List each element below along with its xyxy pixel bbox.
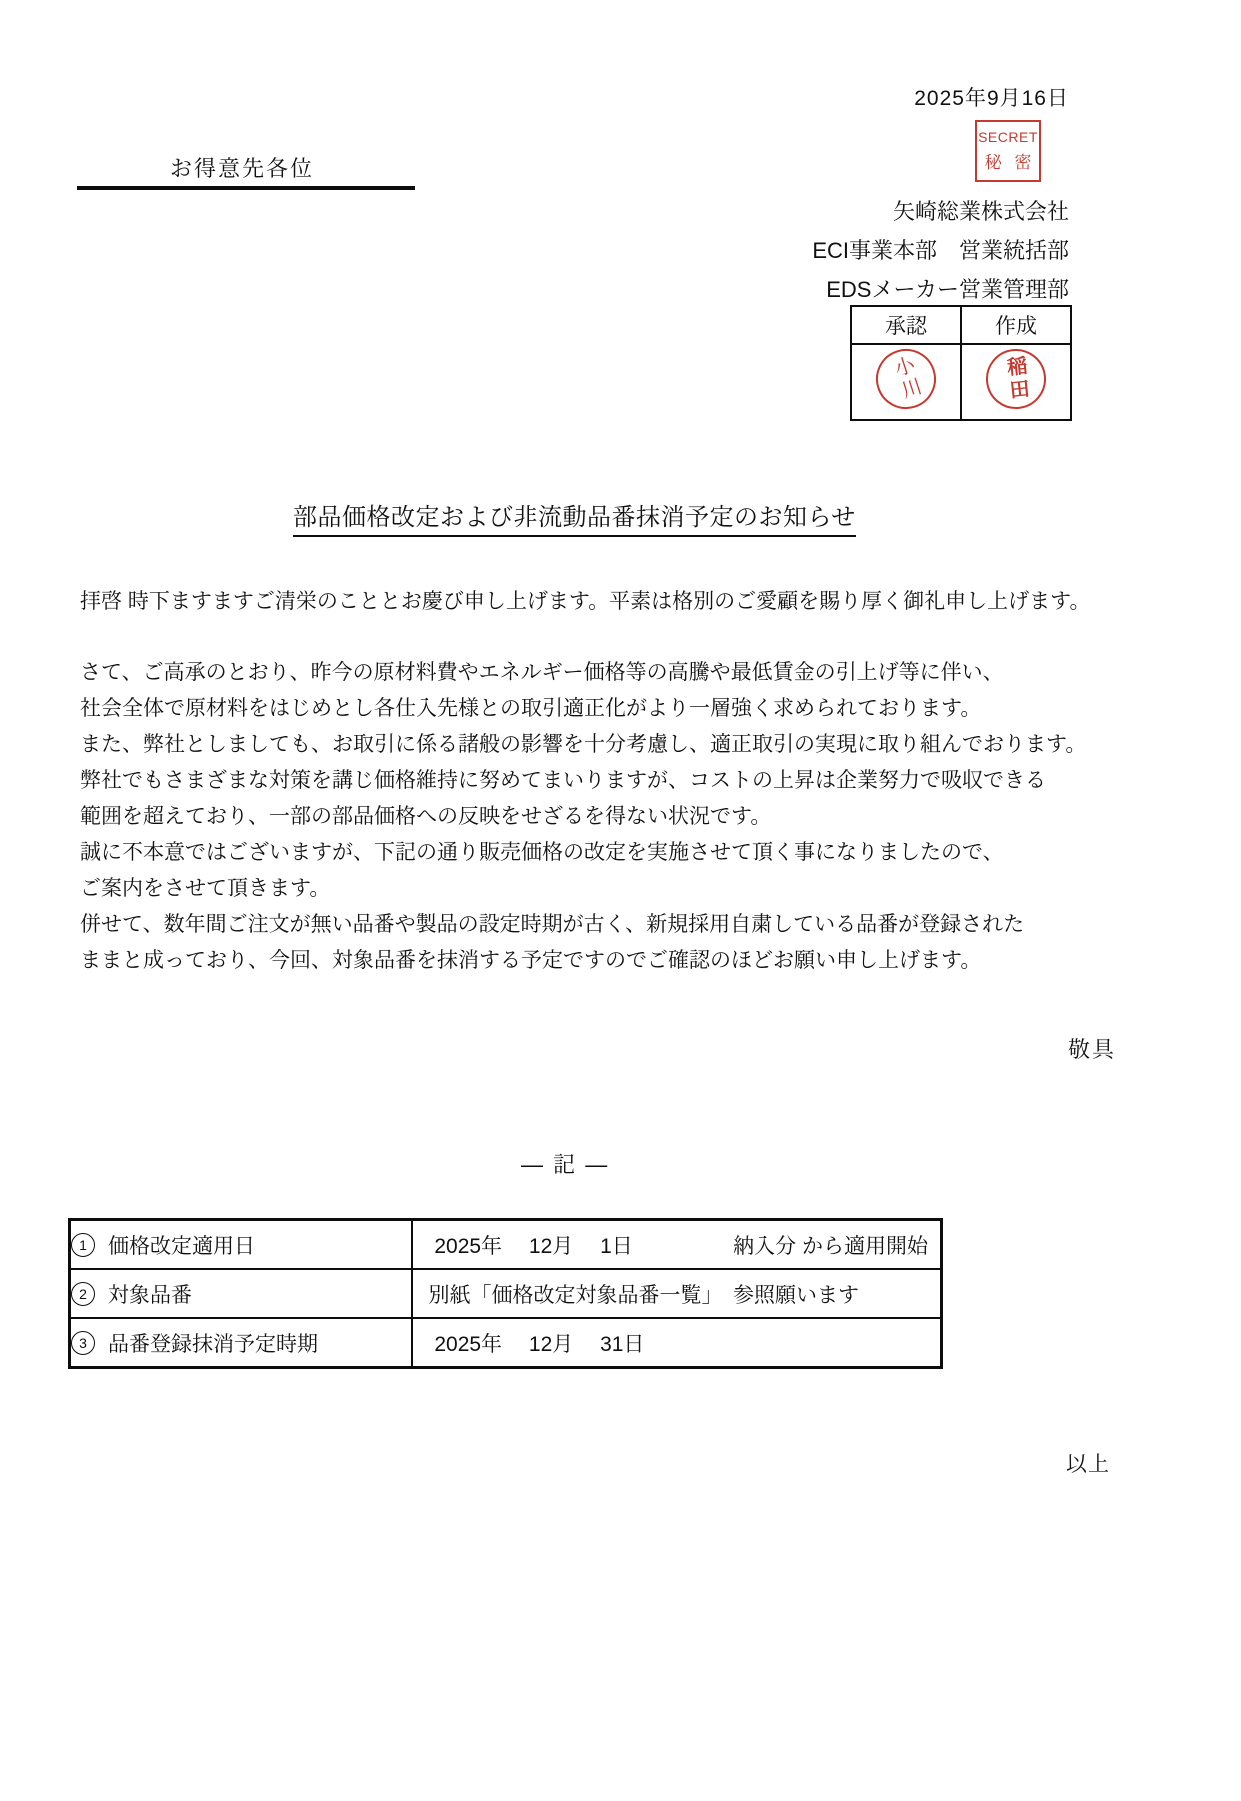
row-value-cell: 2025年 12月 1日 納入分 から適用開始 [412,1220,942,1270]
secret-stamp-japanese-label: 秘 密 [985,148,1036,173]
recipient-line: お得意先各位 [170,152,314,183]
row-value: 別紙「価格改定対象品番一覧」 参照願います [429,1279,860,1309]
table-row-price-revision-date: 1 価格改定適用日 2025年 12月 1日 納入分 から適用開始 [70,1220,942,1270]
body-line: また、弊社としましても、お取引に係る諸般の影響を十分考慮し、適正取引の実現に取り… [80,727,1086,763]
row-label: 品番登録抹消予定時期 [108,1328,318,1358]
sender-division: ECI事業本部 営業統括部 [812,231,1069,270]
circled-number-icon: 2 [71,1282,95,1306]
sender-block: 矢崎総業株式会社 ECI事業本部 営業統括部 EDSメーカー営業管理部 [812,192,1069,309]
circled-number-icon: 1 [71,1233,95,1257]
body-line: 範囲を超えており、一部の部品価格への反映をせざるを得ない状況です。 [80,799,1086,835]
body-line: 誠に不本意ではございますが、下記の通り販売価格の改定を実施させて頂く事になりまし… [80,835,1086,871]
row-value-cell: 2025年 12月 31日 [412,1318,942,1368]
approval-header-cell: 承認 [851,306,961,344]
row-value-note: 納入分 から適用開始 [733,1230,940,1260]
creation-header-cell: 作成 [961,306,1071,344]
body-line: 社会全体で原材料をはじめとし各仕入先様との取引適正化がより一層強く求められており… [80,691,1086,727]
document-page: 2025年9月16日 SECRET 秘 密 お得意先各位 矢崎総業株式会社 EC… [0,0,1241,1801]
hanko-seal-inada: 稲田 [983,346,1049,412]
row-label-cell: 1 価格改定適用日 [70,1220,412,1270]
notice-marker-ki: — 記 — [521,1148,609,1179]
approval-stamp-cell: 小川 [851,344,961,420]
circled-number-icon: 3 [71,1331,95,1355]
row-label: 対象品番 [108,1279,192,1309]
document-date: 2025年9月16日 [914,82,1069,112]
approval-stamp-table: 承認 作成 小川 稲田 [850,305,1072,421]
notice-table: 1 価格改定適用日 2025年 12月 1日 納入分 から適用開始 2 対象品番 [68,1218,943,1369]
recipient-underline-rule [77,186,415,190]
secret-stamp-english-label: SECRET [978,129,1038,145]
body-line: 併せて、数年間ご注文が無い品番や製品の設定時期が古く、新規採用自粛している品番が… [80,907,1086,943]
approval-stamp-row: 小川 稲田 [851,344,1071,420]
row-value: 2025年 12月 31日 [429,1328,645,1358]
table-row-target-part-numbers: 2 対象品番 別紙「価格改定対象品番一覧」 参照願います [70,1269,942,1318]
body-text-block: さて、ご高承のとおり、昨今の原材料費やエネルギー価格等の高騰や最低賃金の引上げ等… [80,655,1086,979]
approval-header-row: 承認 作成 [851,306,1071,344]
body-line: さて、ご高承のとおり、昨今の原材料費やエネルギー価格等の高騰や最低賃金の引上げ等… [80,655,1086,691]
row-value-cell: 別紙「価格改定対象品番一覧」 参照願います [412,1269,942,1318]
secret-stamp: SECRET 秘 密 [975,120,1041,182]
body-line: 弊社でもさまざまな対策を講じ価格維持に努めてまいりますが、コストの上昇は企業努力… [80,763,1086,799]
row-label: 価格改定適用日 [108,1230,255,1260]
row-value: 2025年 12月 1日 [429,1230,633,1260]
closing-keigu: 敬具 [1068,1033,1116,1064]
creation-stamp-cell: 稲田 [961,344,1071,420]
row-label-cell: 2 対象品番 [70,1269,412,1318]
row-label-cell: 3 品番登録抹消予定時期 [70,1318,412,1368]
sender-department: EDSメーカー営業管理部 [812,270,1069,309]
sender-company: 矢崎総業株式会社 [812,192,1069,231]
hanko-seal-ogawa: 小川 [868,341,944,417]
greeting-line: 拝啓 時下ますますご清栄のこととお慶び申し上げます。平素は格別のご愛顧を賜り厚く… [80,585,1090,615]
end-marker-ijou: 以上 [1066,1448,1110,1478]
body-line: ままと成っており、今回、対象品番を抹消する予定ですのでご確認のほどお願い申し上げ… [80,943,1086,979]
table-row-deletion-schedule: 3 品番登録抹消予定時期 2025年 12月 31日 [70,1318,942,1368]
body-line: ご案内をさせて頂きます。 [80,871,1086,907]
document-title: 部品価格改定および非流動品番抹消予定のお知らせ [293,497,856,537]
